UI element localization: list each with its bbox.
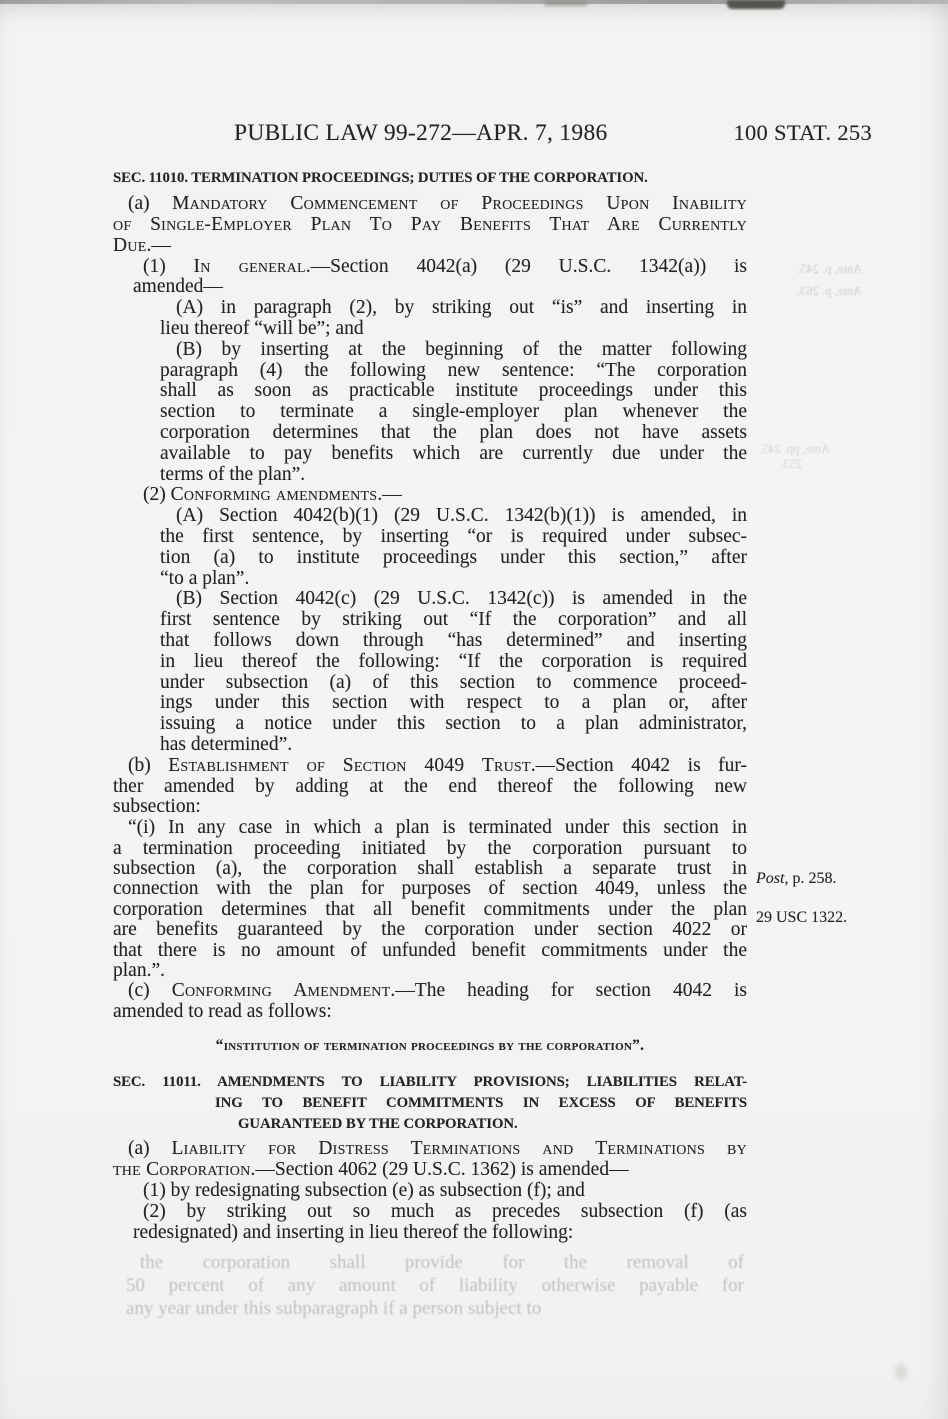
text-line: in lieu thereof the following: “If the c…	[113, 652, 747, 673]
subparagraph-2A: (A) Section 4042(b)(1) (29 U.S.C. 1342(b…	[113, 506, 747, 589]
plain-text: that there is no amount of unfunded bene…	[113, 940, 747, 961]
plain-text: (B) Section 4042(c) (29 U.S.C. 1342(c)) …	[176, 588, 747, 609]
plain-text: ings under this section with respect to …	[160, 692, 747, 713]
text-line: available to pay benefits which are curr…	[113, 444, 747, 465]
text-line: are benefits guaranteed by the corporati…	[113, 920, 747, 940]
margin-note-post: Post, p. 258.	[756, 869, 836, 888]
subparagraph-1A: (A) in paragraph (2), by striking out “i…	[113, 298, 747, 340]
text-line: subsection:	[113, 797, 747, 818]
paragraph-1-in-general: (1) In general.—Section 4042(a) (29 U.S.…	[113, 257, 747, 299]
plain-text: terms of the plan”.	[160, 464, 305, 485]
plain-text: (B) by inserting at the beginning of the…	[176, 339, 747, 360]
text-line: (1) by redesignating subsection (e) as s…	[113, 1181, 747, 1202]
plain-text: are benefits guaranteed by the corporati…	[113, 919, 747, 940]
plain-text: amended—	[133, 276, 223, 297]
text-line: issuing a notice under this section to a…	[113, 714, 747, 735]
plain-text: (A) in paragraph (2), by striking out “i…	[176, 297, 747, 318]
text-line: (1) In general.—Section 4042(a) (29 U.S.…	[113, 257, 747, 278]
text-line: has determined”.	[113, 735, 747, 756]
text-line: the first sentence, by inserting “or is …	[113, 527, 747, 548]
plain-text: .—	[377, 484, 401, 505]
small-caps-text: Mandatory Commencement of Proceedings Up…	[172, 193, 747, 214]
plain-text: .—	[147, 235, 171, 256]
statute-body: SEC. 11010. TERMINATION PROCEEDINGS; DUT…	[113, 168, 747, 1243]
text-line: (a) Mandatory Commencement of Proceeding…	[113, 194, 747, 215]
plain-text: the first sentence, by inserting “or is …	[160, 526, 747, 547]
text-line: GUARANTEED BY THE CORPORATION.	[113, 1114, 747, 1135]
text-line: connection with the plan for purposes of…	[113, 879, 747, 899]
bleed-line: 50 percent of any amount of liability ot…	[126, 1274, 744, 1297]
plain-text: “	[216, 1037, 224, 1054]
plain-text: plan.”.	[113, 960, 165, 981]
text-line: SEC. 11011. AMENDMENTS TO LIABILITY PROV…	[113, 1072, 747, 1093]
text-line: (B) by inserting at the beginning of the…	[113, 340, 747, 361]
text-line: under subsection (a) of this section to …	[113, 673, 747, 694]
plain-text: redesignated) and inserting in lieu ther…	[133, 1222, 573, 1243]
text-line: (2) by striking out so much as precedes …	[113, 1202, 747, 1223]
plain-text: “to a plan”.	[160, 568, 249, 589]
running-header: PUBLIC LAW 99-272—APR. 7, 1986 100 STAT.…	[0, 120, 948, 147]
small-caps-text: of Single-Employer Plan To Pay Benefits …	[113, 214, 747, 235]
small-caps-text: institution of termination proceedings b…	[224, 1037, 632, 1054]
text-line: (2) Conforming amendments.—	[113, 485, 747, 506]
plain-text: under subsection (a) of this section to …	[160, 672, 747, 693]
text-line: ther amended by adding at the end thereo…	[113, 777, 747, 798]
scan-artifact-smudge	[895, 1364, 907, 1380]
text-line: “to a plan”.	[113, 569, 747, 590]
subparagraph-1B: (B) by inserting at the beginning of the…	[113, 340, 747, 486]
bleed-line: Ante, p. 245.	[788, 258, 862, 280]
plain-text: .—Section 4062 (29 U.S.C. 1362) is amend…	[251, 1159, 629, 1180]
plain-text: .—Section 4042(a) (29 U.S.C. 1342(a)) is	[306, 256, 747, 277]
text-line: that there is no amount of unfunded bene…	[113, 941, 747, 961]
small-caps-text: the Corporation	[113, 1159, 251, 1180]
bleed-through-text: the corporation shall provide for the re…	[126, 1251, 744, 1320]
subsection-b-11010: (b) Establishment of Section 4049 Trust.…	[113, 756, 747, 818]
plain-text: connection with the plan for purposes of…	[113, 878, 747, 899]
text-line: corporation determines that all benefit …	[113, 900, 747, 920]
plain-text: has determined”.	[160, 734, 292, 755]
plain-text: SEC. 11011. AMENDMENTS TO LIABILITY PROV…	[113, 1074, 747, 1090]
small-caps-text: Conforming amendments	[171, 484, 378, 505]
subparagraph-2B: (B) Section 4042(c) (29 U.S.C. 1342(c)) …	[113, 589, 747, 755]
text-line: ING TO BENEFIT COMMITMENTS IN EXCESS OF …	[113, 1093, 747, 1114]
quoted-section-heading: “institution of termination proceedings …	[113, 1036, 747, 1057]
plain-text: subsection:	[113, 796, 201, 817]
plain-text: ”.	[632, 1037, 644, 1054]
plain-text: section to terminate a single-employer p…	[160, 401, 747, 422]
text-line: a termination proceeding initiated by th…	[113, 839, 747, 859]
plain-text: (1) by redesignating subsection (e) as s…	[143, 1180, 585, 1201]
plain-text: (A) Section 4042(b)(1) (29 U.S.C. 1342(b…	[176, 505, 747, 526]
text-line: “(i) In any case in which a plan is term…	[113, 818, 747, 838]
plain-text: ING TO BENEFIT COMMITMENTS IN EXCESS OF …	[215, 1095, 747, 1111]
plain-text: (b)	[128, 755, 168, 776]
plain-text: that follows down through “has determine…	[160, 630, 747, 651]
plain-text: corporation determines that the plan doe…	[160, 422, 747, 443]
plain-text: subsection (a), the corporation shall es…	[113, 858, 747, 879]
text-line: plan.”.	[113, 961, 747, 981]
small-caps-text: Conforming Amendment	[172, 980, 391, 1001]
text-line: “institution of termination proceedings …	[113, 1036, 747, 1057]
text-line: (a) Liability for Distress Terminations …	[113, 1139, 747, 1160]
subsection-c-11010: (c) Conforming Amendment.—The heading fo…	[113, 981, 747, 1023]
bleed-line: Ante, p. 263.	[788, 280, 862, 302]
plain-text: tion (a) to institute proceedings under …	[160, 547, 747, 568]
paragraph-2-conforming: (2) Conforming amendments.—	[113, 485, 747, 506]
plain-text: amended to read as follows:	[113, 1001, 332, 1022]
bleed-line: 253.	[756, 457, 830, 472]
paragraph-1-11011: (1) by redesignating subsection (e) as s…	[113, 1181, 747, 1202]
plain-text: (a)	[128, 193, 172, 214]
text-line: terms of the plan”.	[113, 465, 747, 486]
margin-note-post-italic: Post	[756, 870, 784, 887]
small-caps-text: Establishment of Section 4049 Trust	[168, 755, 531, 776]
small-caps-text: Liability for Distress Terminations and …	[171, 1138, 747, 1159]
small-caps-text: In general	[194, 256, 306, 277]
plain-text: ther amended by adding at the end thereo…	[113, 776, 747, 797]
plain-text: (c)	[128, 980, 172, 1001]
text-line: shall as soon as practicable institute p…	[113, 381, 747, 402]
text-line: that follows down through “has determine…	[113, 631, 747, 652]
plain-text: .—Section 4042 is fur-	[531, 755, 747, 776]
public-law-title: PUBLIC LAW 99-272—APR. 7, 1986	[234, 120, 608, 147]
bleed-line: Ante, pp. 245,	[756, 442, 830, 457]
plain-text: GUARANTEED BY THE CORPORATION.	[238, 1116, 518, 1132]
text-line: first sentence by striking out “If the c…	[113, 610, 747, 631]
text-line: ings under this section with respect to …	[113, 693, 747, 714]
bleed-line: any year under this subparagraph if a pe…	[126, 1297, 744, 1320]
plain-text: SEC. 11010. TERMINATION PROCEEDINGS; DUT…	[113, 170, 648, 186]
text-line: redesignated) and inserting in lieu ther…	[113, 1223, 747, 1244]
text-line: (A) in paragraph (2), by striking out “i…	[113, 298, 747, 319]
plain-text: paragraph (4) the following new sentence…	[160, 360, 747, 381]
plain-text: “(i) In any case in which a plan is term…	[128, 817, 747, 838]
stat-page-number: 100 STAT. 253	[733, 120, 872, 147]
text-line: subsection (a), the corporation shall es…	[113, 859, 747, 879]
plain-text: issuing a notice under this section to a…	[160, 713, 747, 734]
quoted-subsection-i: “(i) In any case in which a plan is term…	[113, 818, 747, 981]
text-line: paragraph (4) the following new sentence…	[113, 361, 747, 382]
plain-text: first sentence by striking out “If the c…	[160, 609, 747, 630]
text-line: (c) Conforming Amendment.—The heading fo…	[113, 981, 747, 1002]
text-line: (B) Section 4042(c) (29 U.S.C. 1342(c)) …	[113, 589, 747, 610]
text-line: of Single-Employer Plan To Pay Benefits …	[113, 215, 747, 236]
bleed-through-note: Ante, pp. 245, 253.	[756, 442, 830, 472]
subsection-a-11011: (a) Liability for Distress Terminations …	[113, 1139, 747, 1181]
text-line: lieu thereof “will be”; and	[113, 319, 747, 340]
text-line: corporation determines that the plan doe…	[113, 423, 747, 444]
text-line: (b) Establishment of Section 4049 Trust.…	[113, 756, 747, 777]
subsection-a-11010: (a) Mandatory Commencement of Proceeding…	[113, 194, 747, 256]
text-line: the Corporation.—Section 4062 (29 U.S.C.…	[113, 1160, 747, 1181]
bleed-through-note: Ante, p. 245. Ante, p. 263.	[788, 258, 862, 302]
text-line: Due.—	[113, 236, 747, 257]
plain-text: available to pay benefits which are curr…	[160, 443, 747, 464]
sec-11011-heading: SEC. 11011. AMENDMENTS TO LIABILITY PROV…	[113, 1072, 747, 1136]
plain-text: in lieu thereof the following: “If the c…	[160, 651, 747, 672]
plain-text: (a)	[128, 1138, 171, 1159]
plain-text: (1)	[143, 256, 194, 277]
text-line: tion (a) to institute proceedings under …	[113, 548, 747, 569]
plain-text: lieu thereof “will be”; and	[160, 318, 364, 339]
plain-text: corporation determines that all benefit …	[113, 899, 747, 920]
bleed-line: the corporation shall provide for the re…	[126, 1251, 744, 1274]
scan-artifact-top-edge	[0, 0, 948, 4]
text-line: amended—	[113, 277, 747, 298]
plain-text: (2)	[143, 484, 171, 505]
sec-11010-heading: SEC. 11010. TERMINATION PROCEEDINGS; DUT…	[113, 168, 747, 189]
plain-text: .—The heading for section 4042 is	[390, 980, 747, 1001]
text-line: amended to read as follows:	[113, 1002, 747, 1023]
text-line: section to terminate a single-employer p…	[113, 402, 747, 423]
text-line: SEC. 11010. TERMINATION PROCEEDINGS; DUT…	[113, 168, 747, 189]
text-line: (A) Section 4042(b)(1) (29 U.S.C. 1342(b…	[113, 506, 747, 527]
scan-artifact-smudge	[727, 0, 785, 9]
small-caps-text: Due	[113, 235, 147, 256]
paragraph-2-11011: (2) by striking out so much as precedes …	[113, 1202, 747, 1244]
scan-artifact-smudge	[545, 0, 587, 6]
plain-text: shall as soon as practicable institute p…	[160, 380, 747, 401]
margin-note-usc: 29 USC 1322.	[756, 908, 847, 927]
scanned-statute-page: PUBLIC LAW 99-272—APR. 7, 1986 100 STAT.…	[0, 0, 948, 1419]
plain-text: (2) by striking out so much as precedes …	[143, 1201, 747, 1222]
plain-text: a termination proceeding initiated by th…	[113, 838, 747, 859]
margin-note-post-rest: , p. 258.	[784, 870, 836, 887]
